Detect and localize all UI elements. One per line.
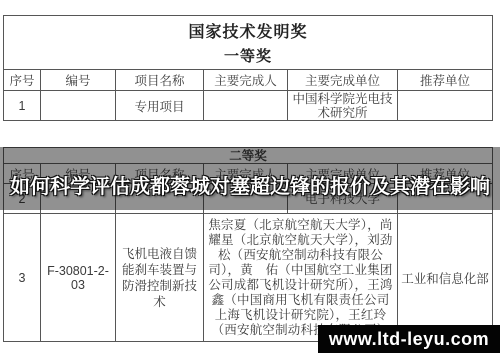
award-title: 国家技术发明奖 xyxy=(7,19,489,42)
row1-code xyxy=(41,91,116,121)
table-row: 3 F-30801-2-03 飞机电液自馈能刹车装置与防滑控制新技术 焦宗夏（北… xyxy=(4,214,493,342)
row1-completers xyxy=(204,91,288,121)
row3-project: 飞机电液自馈能刹车装置与防滑控制新技术 xyxy=(116,214,204,342)
row3-recommender: 工业和信息化部 xyxy=(398,214,493,342)
table1-header-completers: 主要完成人 xyxy=(204,70,288,91)
table1-header-recommender: 推荐单位 xyxy=(398,70,493,91)
table1-header-code: 编号 xyxy=(41,70,116,91)
table1-header-units: 主要完成单位 xyxy=(288,70,398,91)
document-page: 国家技术发明奖 一等奖 序号 编号 项目名称 主要完成人 主要完成单位 推荐单位… xyxy=(0,0,500,362)
site-watermark: www.ltd-leyu.com xyxy=(318,325,500,353)
row1-recommender xyxy=(398,91,493,121)
overlay-banner-text: 如何科学评估成都蓉城对塞超边锋的报价及其潜在影响 xyxy=(0,170,500,199)
table1-header-project: 项目名称 xyxy=(116,70,204,91)
first-prize-subtitle: 一等奖 xyxy=(7,45,489,66)
second-prize-subtitle: 二等奖 xyxy=(4,148,493,164)
row3-no: 3 xyxy=(4,214,41,342)
row1-no: 1 xyxy=(4,91,41,121)
table1-title-cell: 国家技术发明奖 一等奖 xyxy=(4,16,493,70)
table-row: 1 专用项目 中国科学院光电技术研究所 xyxy=(4,91,493,121)
row3-code: F-30801-2-03 xyxy=(41,214,116,342)
award-table-first-prize: 国家技术发明奖 一等奖 序号 编号 项目名称 主要完成人 主要完成单位 推荐单位… xyxy=(3,15,493,121)
row1-units: 中国科学院光电技术研究所 xyxy=(288,91,398,121)
row3-completers: 焦宗夏（北京航空航天大学），尚耀星（北京航空航天大学），刘劲松（西安航空制动科技… xyxy=(204,214,398,342)
table1-header-row: 序号 编号 项目名称 主要完成人 主要完成单位 推荐单位 xyxy=(4,70,493,91)
row1-project: 专用项目 xyxy=(116,91,204,121)
table1-header-no: 序号 xyxy=(4,70,41,91)
